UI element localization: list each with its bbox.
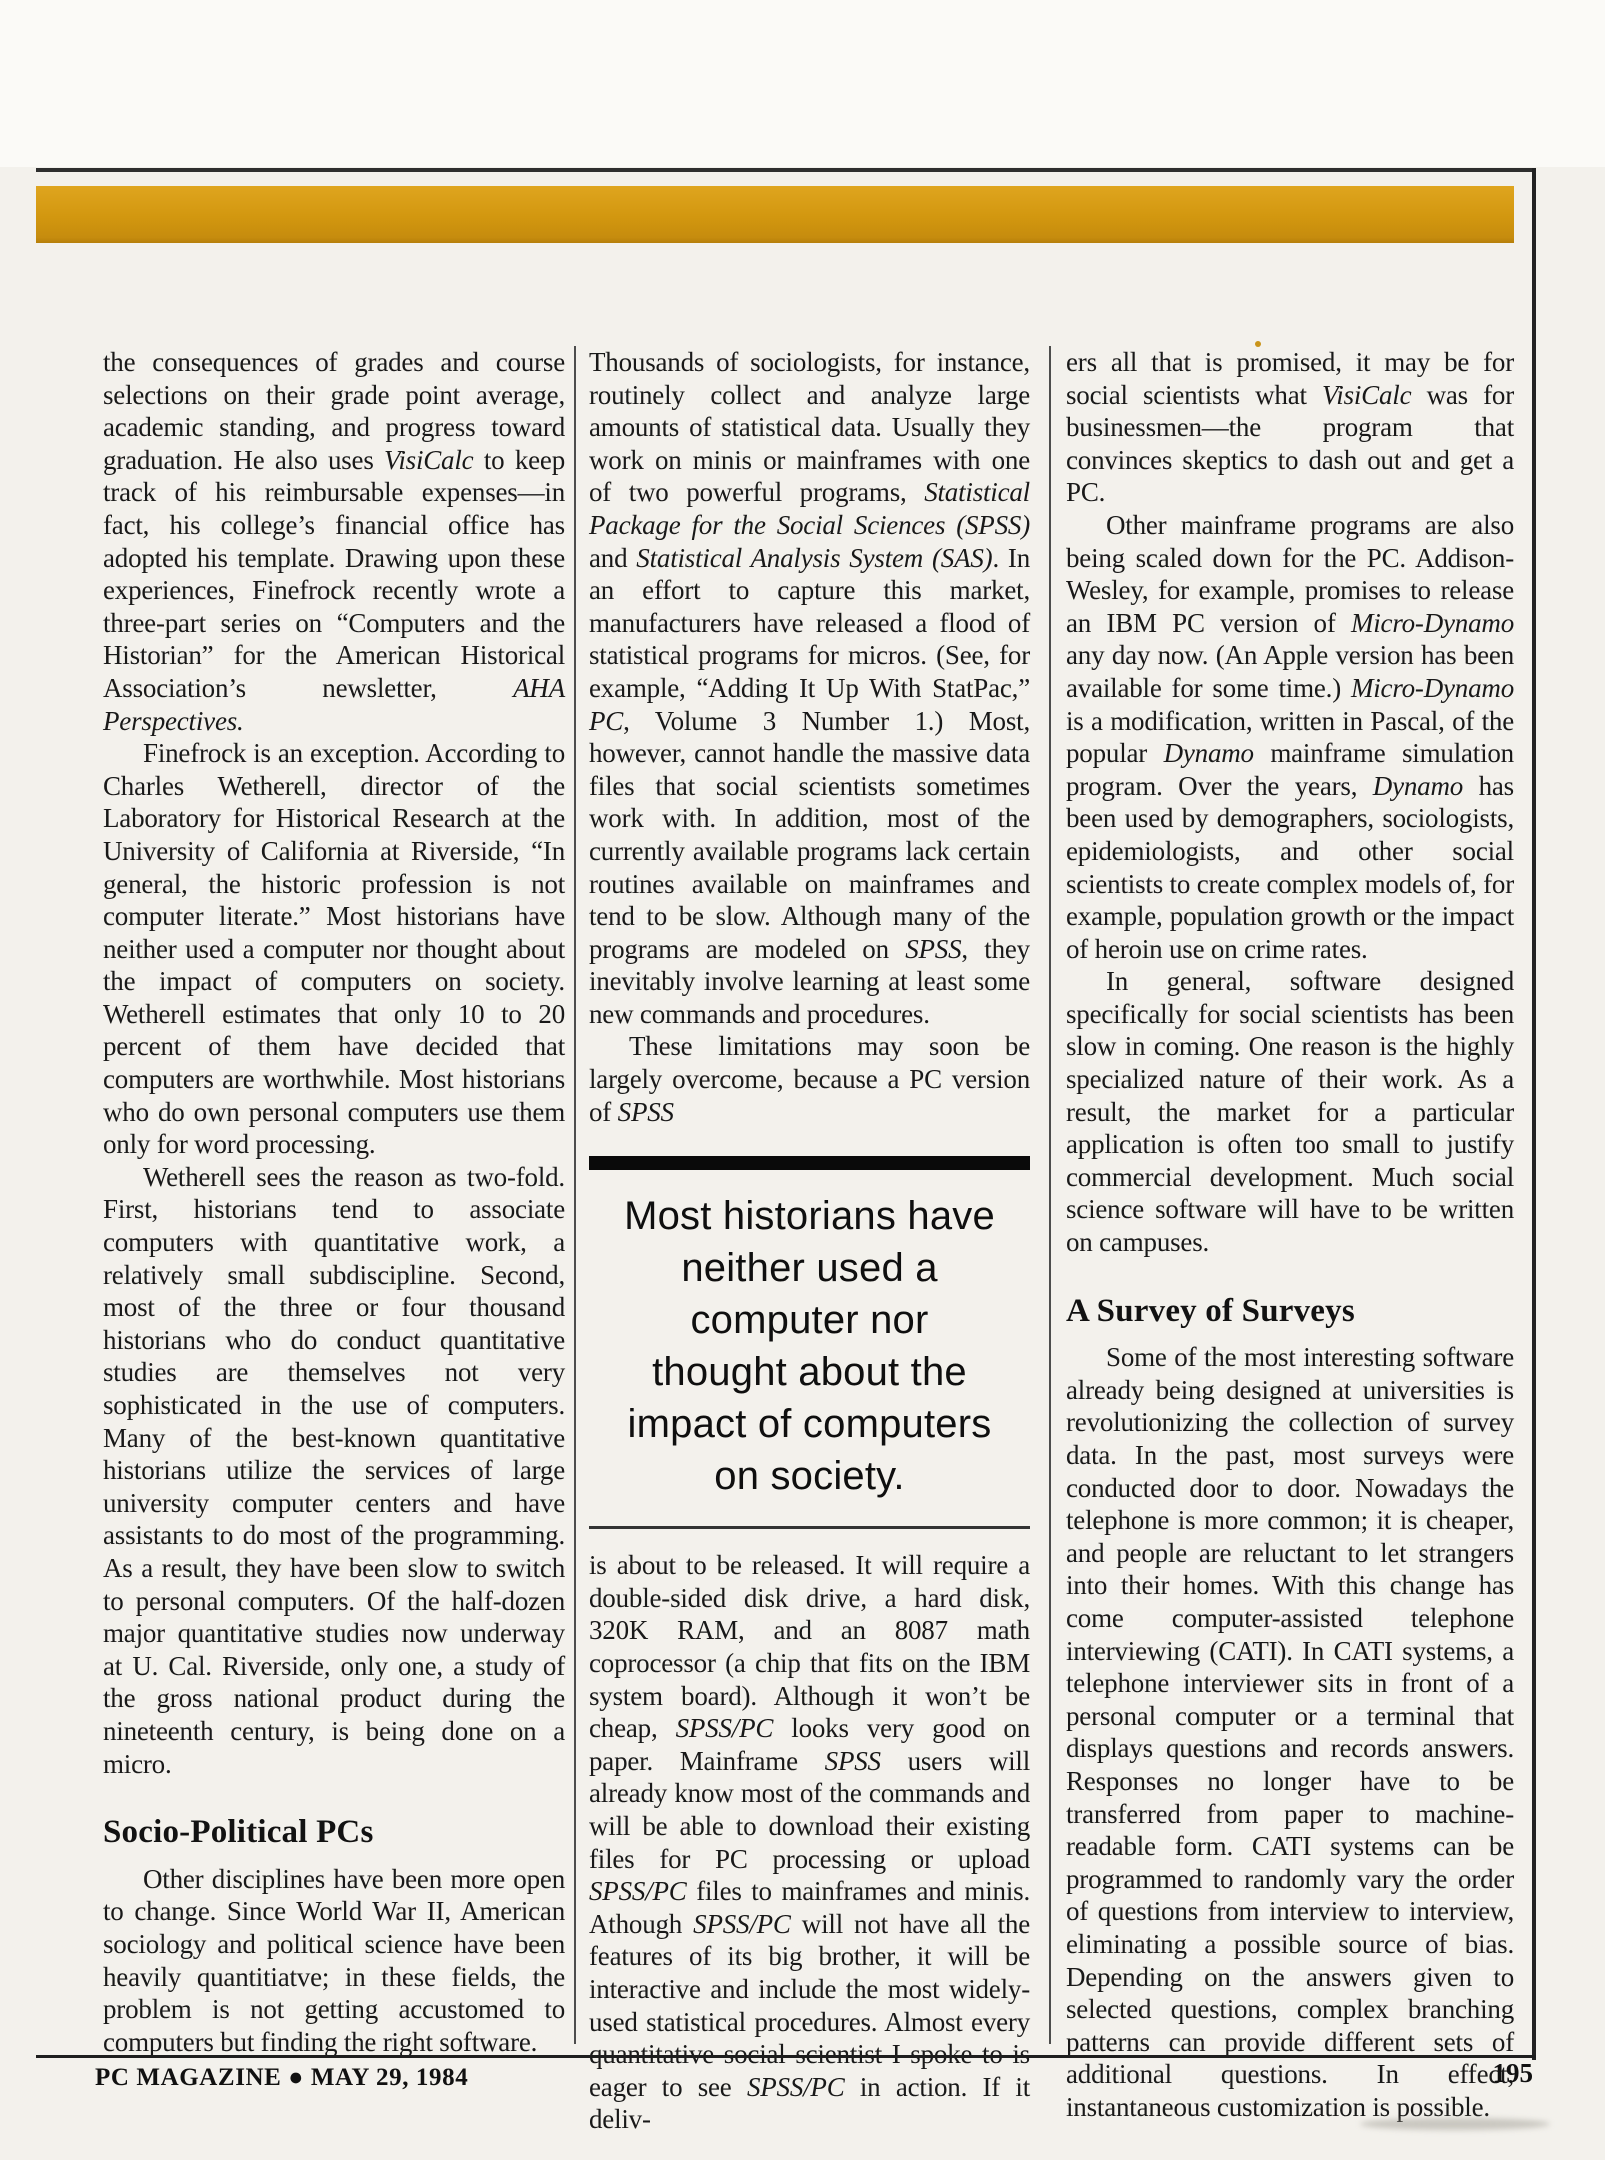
paragraph: Thousands of sociologists, for instance,… (589, 346, 1030, 1030)
paragraph: ers all that is promised, it may be for … (1066, 346, 1514, 509)
section-heading: Socio-Political PCs (103, 1816, 565, 1849)
paragraph: is about to be released. It will require… (589, 1549, 1030, 2136)
italic-text-run: SPSS/PC (589, 1876, 687, 1906)
text-run: to keep track of his reimbursable expens… (103, 445, 565, 703)
pull-quote-top-bar (589, 1156, 1030, 1170)
text-run: Some of the most interesting software al… (1066, 1342, 1514, 2122)
paragraph: Finefrock is an exception. According to … (103, 737, 565, 1161)
column-3: ers all that is promised, it may be for … (1066, 346, 1514, 2123)
pull-quote-text: Most historians have neither used a comp… (593, 1190, 1026, 1502)
footer-magazine-date: PC MAGAZINE ● MAY 29, 1984 (95, 2064, 468, 2092)
footer-rule (36, 2055, 1536, 2058)
column-2: Thousands of sociologists, for instance,… (589, 346, 1030, 2136)
italic-text-run: SPSS (905, 934, 961, 964)
page-top-margin (0, 0, 1605, 167)
paragraph: These limitations may soon be largely ov… (589, 1030, 1030, 1128)
italic-text-run: PC (589, 706, 623, 736)
top-rule (36, 168, 1536, 172)
paragraph: Other disciplines have been more open to… (103, 1863, 565, 2059)
text-run: Finefrock is an exception. According to … (103, 738, 565, 1159)
page-number: 195 (1493, 2058, 1534, 2089)
italic-text-run: SPSS/PC (676, 1713, 774, 1743)
paragraph: the consequences of grades and course se… (103, 346, 565, 737)
text-run: In general, software designed specifical… (1066, 966, 1514, 1257)
text-run: , Volume 3 Number 1.) Most, however, can… (589, 706, 1030, 964)
text-run: Other disciplines have been more open to… (103, 1864, 565, 2057)
italic-text-run: SPSS/PC (693, 1909, 791, 1939)
italic-text-run: Dynamo (1164, 738, 1254, 768)
italic-text-run: VisiCalc (1322, 380, 1411, 410)
page-right-border (1532, 168, 1536, 2060)
italic-text-run: SPSS/PC (747, 2072, 845, 2102)
paragraph: In general, software designed specifical… (1066, 965, 1514, 1258)
pull-quote: Most historians have neither used a comp… (589, 1156, 1030, 1529)
pull-quote-bottom-rule (589, 1526, 1030, 1529)
paragraph: Wetherell sees the reason as two-fold. F… (103, 1161, 565, 1780)
paragraph: Some of the most interesting software al… (1066, 1341, 1514, 2123)
italic-text-run: SPSS (825, 1746, 881, 1776)
italic-text-run: SPSS (618, 1097, 674, 1127)
column-divider-1 (574, 346, 576, 2044)
section-heading: A Survey of Surveys (1066, 1295, 1514, 1328)
column-1: the consequences of grades and course se… (103, 346, 565, 2058)
text-run: Wetherell sees the reason as two-fold. F… (103, 1162, 565, 1779)
gold-accent-bar (36, 186, 1514, 243)
italic-text-run: Dynamo (1373, 771, 1463, 801)
paragraph: Other mainframe programs are also being … (1066, 509, 1514, 965)
scan-smudge-artifact (1360, 2118, 1550, 2130)
italic-text-run: Micro-Dynamo (1351, 673, 1514, 703)
italic-text-run: VisiCalc (384, 445, 473, 475)
column-divider-2 (1049, 346, 1051, 2044)
italic-text-run: Statistical Analysis System (SAS) (636, 543, 992, 573)
italic-text-run: Micro-Dynamo (1351, 608, 1514, 638)
magazine-page: { "colors": { "accent_gold": "#d2970f", … (0, 0, 1605, 2160)
text-run: and (589, 543, 636, 573)
